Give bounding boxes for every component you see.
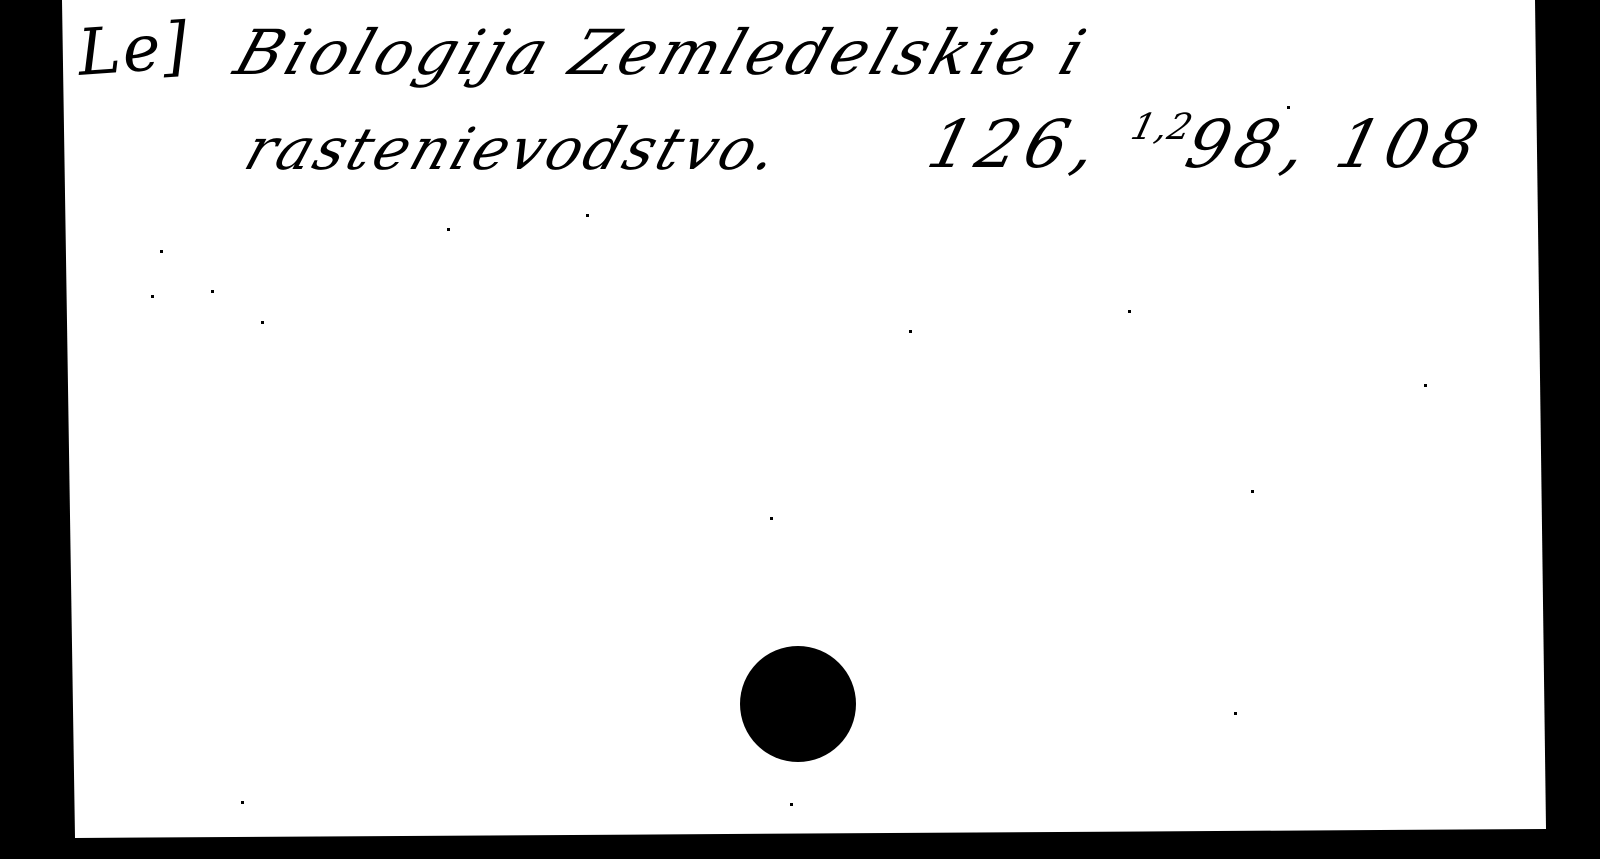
scan-speck	[211, 290, 214, 293]
scan-speck	[790, 803, 793, 806]
scan-speck	[770, 517, 773, 520]
scan-speck	[160, 250, 163, 253]
catalog-card: Le] Biologija Zemledelskie i rastenievod…	[0, 0, 1600, 859]
scan-speck	[1234, 712, 1237, 715]
scan-speck	[261, 321, 264, 324]
scan-speck	[909, 330, 912, 333]
punch-hole	[740, 646, 856, 762]
scan-speck	[1251, 490, 1254, 493]
call-mark: Le]	[76, 14, 192, 86]
reference-superscript: 1,2	[1127, 107, 1197, 148]
scanned-card-image: Le] Biologija Zemledelskie i rastenievod…	[0, 0, 1600, 859]
reference-second: 98,	[1178, 106, 1320, 183]
title-line-2: rastenievodstvo.	[239, 120, 789, 178]
scan-speck	[447, 228, 450, 231]
reference-third: 108	[1328, 106, 1491, 183]
scan-speck	[151, 295, 154, 298]
reference-numbers: 126, 1,298, 108	[922, 110, 1491, 178]
scan-speck	[586, 214, 589, 217]
scan-speck	[1424, 384, 1427, 387]
scan-speck	[241, 801, 244, 804]
title-line-1: Biologija Zemledelskie i	[228, 22, 1096, 84]
scan-speck	[1287, 106, 1290, 109]
reference-first: 126,	[920, 106, 1110, 183]
scan-speck	[1128, 310, 1131, 313]
